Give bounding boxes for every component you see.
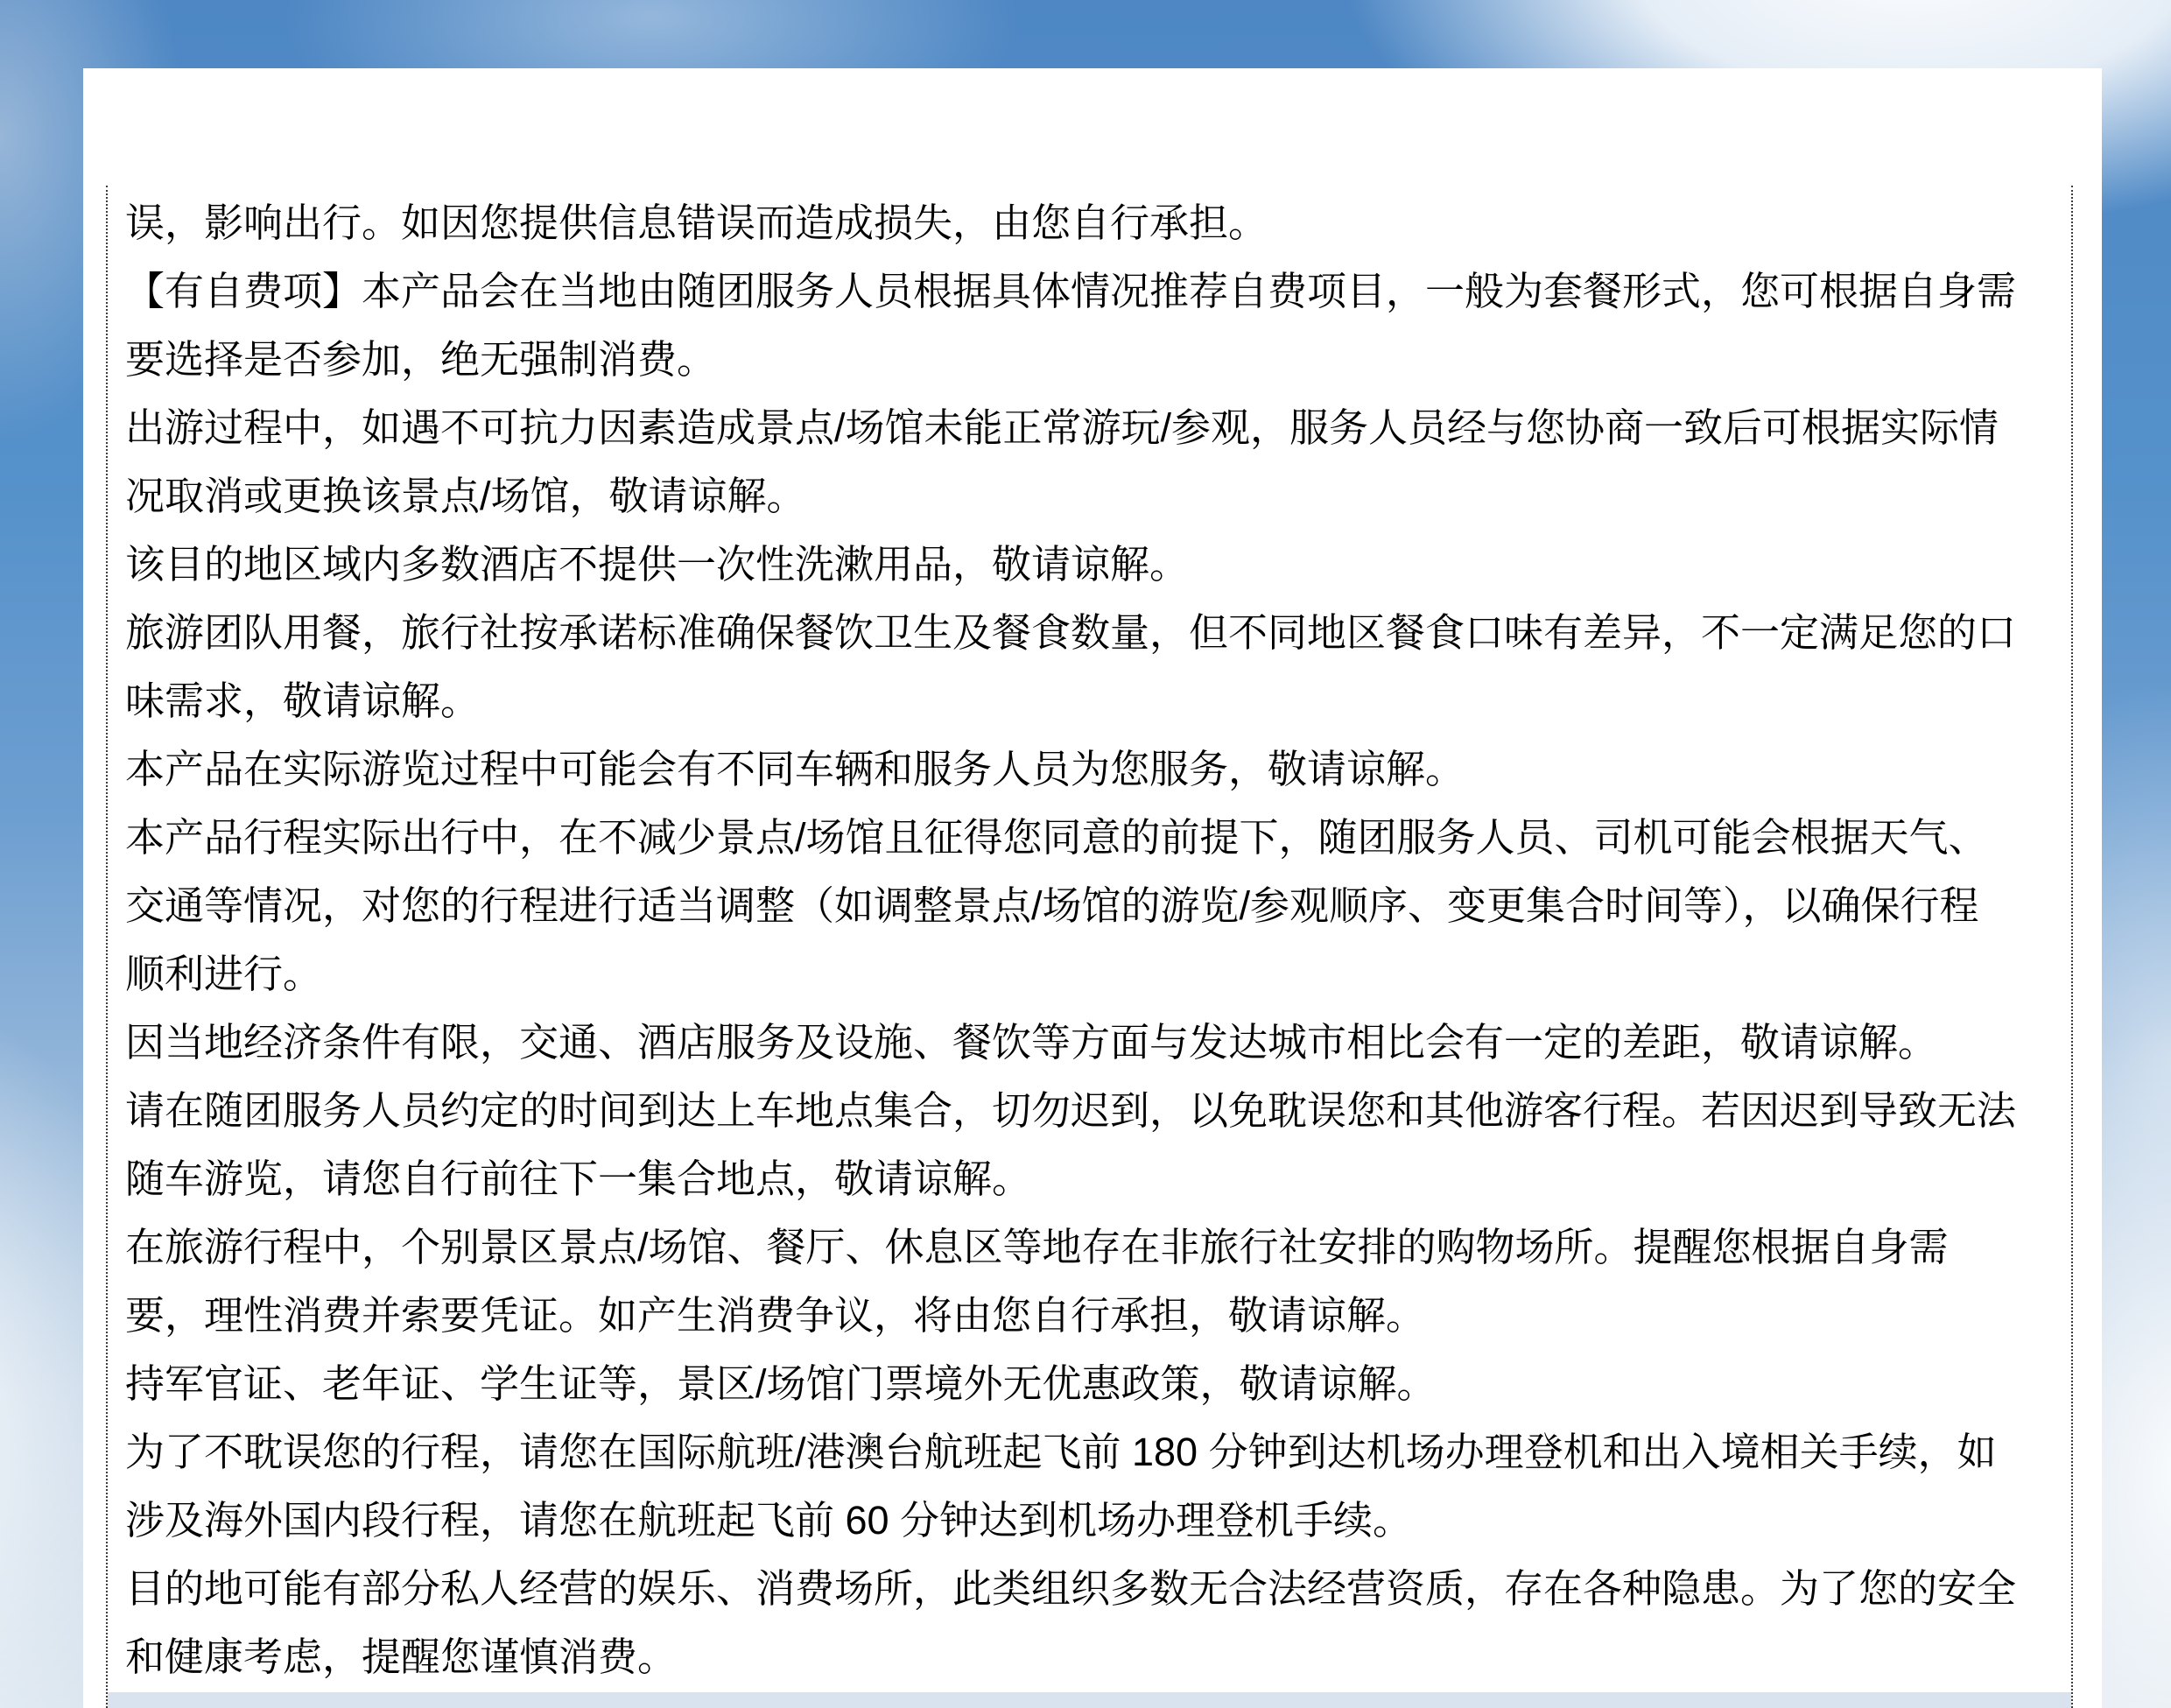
notice-line: 涉及海外国内段行程，请您在航班起飞前 60 分钟达到机场办理登机手续。: [125, 1487, 2053, 1555]
content-card: 误，影响出行。如因您提供信息错误而造成损失，由您自行承担。【有自费项】本产品会在…: [83, 68, 2102, 1708]
notice-line: 顺利进行。: [125, 940, 2053, 1009]
notice-line: 随车游览，请您自行前往下一集合地点，敬请谅解。: [125, 1145, 2053, 1213]
notice-line: 该目的地区域内多数酒店不提供一次性洗漱用品，敬请谅解。: [125, 531, 2053, 599]
notice-line: 和健康考虑，提醒您谨慎消费。: [125, 1623, 2053, 1691]
notice-line: 在旅游行程中，个别景区景点/场馆、餐厅、休息区等地存在非旅行社安排的购物场所。提…: [125, 1213, 2053, 1282]
notice-line: 交通等情况，对您的行程进行适当调整（如调整景点/场馆的游览/参观顺序、变更集合时…: [125, 872, 2053, 940]
notice-line: 要，理性消费并索要凭证。如产生消费争议，将由您自行承担，敬请谅解。: [125, 1282, 2053, 1350]
notice-line: 本产品行程实际出行中，在不减少景点/场馆且征得您同意的前提下，随团服务人员、司机…: [125, 804, 2053, 872]
notice-line: 旅游团队用餐，旅行社按承诺标准确保餐饮卫生及餐食数量，但不同地区餐食口味有差异，…: [125, 599, 2053, 667]
notice-line: 况取消或更换该景点/场馆，敬请谅解。: [125, 462, 2053, 531]
notice-line: 出游过程中，如遇不可抗力因素造成景点/场馆未能正常游玩/参观，服务人员经与您协商…: [125, 394, 2053, 462]
notice-line: 目的地可能有部分私人经营的娱乐、消费场所，此类组织多数无合法经营资质，存在各种隐…: [125, 1555, 2053, 1623]
notice-text-block: 误，影响出行。如因您提供信息错误而造成损失，由您自行承担。【有自费项】本产品会在…: [108, 186, 2071, 1691]
bottom-highlight-band: [108, 1692, 2071, 1708]
notice-line: 为了不耽误您的行程，请您在国际航班/港澳台航班起飞前 180 分钟到达机场办理登…: [125, 1418, 2053, 1487]
notice-line: 请在随团服务人员约定的时间到达上车地点集合，切勿迟到，以免耽误您和其他游客行程。…: [125, 1077, 2053, 1145]
notice-line: 要选择是否参加，绝无强制消费。: [125, 326, 2053, 394]
notice-line: 持军官证、老年证、学生证等，景区/场馆门票境外无优惠政策，敬请谅解。: [125, 1350, 2053, 1418]
notice-line: 味需求，敬请谅解。: [125, 667, 2053, 735]
travel-notice-box: 误，影响出行。如因您提供信息错误而造成损失，由您自行承担。【有自费项】本产品会在…: [106, 186, 2073, 1708]
notice-line: 本产品在实际游览过程中可能会有不同车辆和服务人员为您服务，敬请谅解。: [125, 735, 2053, 804]
notice-line: 因当地经济条件有限，交通、酒店服务及设施、餐饮等方面与发达城市相比会有一定的差距…: [125, 1009, 2053, 1077]
notice-line: 【有自费项】本产品会在当地由随团服务人员根据具体情况推荐自费项目，一般为套餐形式…: [125, 257, 2053, 326]
notice-line: 误，影响出行。如因您提供信息错误而造成损失，由您自行承担。: [125, 189, 2053, 257]
sky-background: 误，影响出行。如因您提供信息错误而造成损失，由您自行承担。【有自费项】本产品会在…: [0, 0, 2171, 1708]
